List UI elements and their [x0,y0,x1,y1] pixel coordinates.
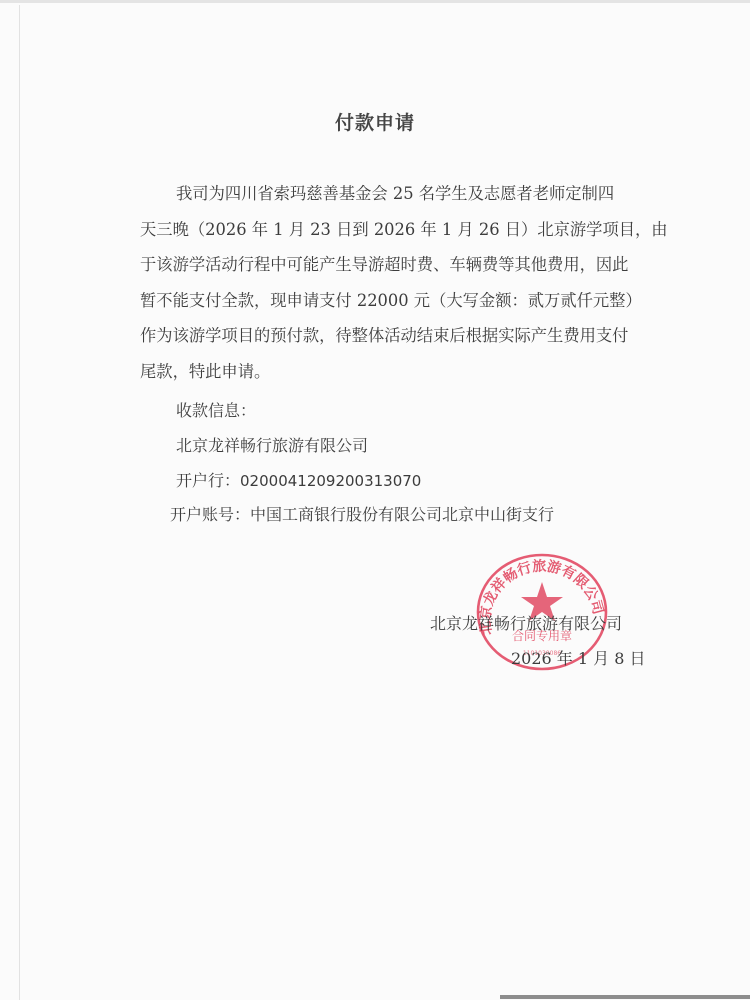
body-line: 于该游学活动行程中可能产生导游超时费、车辆费等其他费用，因此 [140,247,620,283]
signature-company: 北京龙祥畅行旅游有限公司 [430,611,622,634]
scan-edge-left [19,5,20,1000]
body-line: 天三晚（2026 年 1 月 23 日到 2026 年 1 月 26 日）北京游… [140,212,620,248]
payment-info-heading: 收款信息： [176,398,256,421]
payee-name: 北京龙祥畅行旅游有限公司 [176,433,368,456]
request-body: 我司为四川省索玛慈善基金会 25 名学生及志愿者老师定制四 天三晚（2026 年… [140,176,620,389]
bank-value: 0200041209200313070 [240,472,421,490]
bank-line: 开户行：0200041209200313070 [176,468,421,491]
scan-edge-top [0,0,750,3]
document-title: 付款申请 [0,108,750,135]
body-line: 作为该游学项目的预付款，待整体活动结束后根据实际产生费用支付 [140,318,620,354]
account-label: 开户账号： [170,505,250,524]
signature-date: 2026 年 1 月 8 日 [511,646,646,669]
body-line: 尾款，特此申请。 [140,354,620,390]
body-line: 我司为四川省索玛慈善基金会 25 名学生及志愿者老师定制四 [140,176,620,212]
bank-label: 开户行： [176,471,240,490]
account-line: 开户账号：中国工商银行股份有限公司北京中山街支行 [170,502,554,525]
scan-edge-bottom [500,995,750,999]
body-line: 暂不能支付全款，现申请支付 22000 元（大写金额：贰万贰仟元整） [140,283,620,319]
account-value: 中国工商银行股份有限公司北京中山街支行 [250,505,554,524]
